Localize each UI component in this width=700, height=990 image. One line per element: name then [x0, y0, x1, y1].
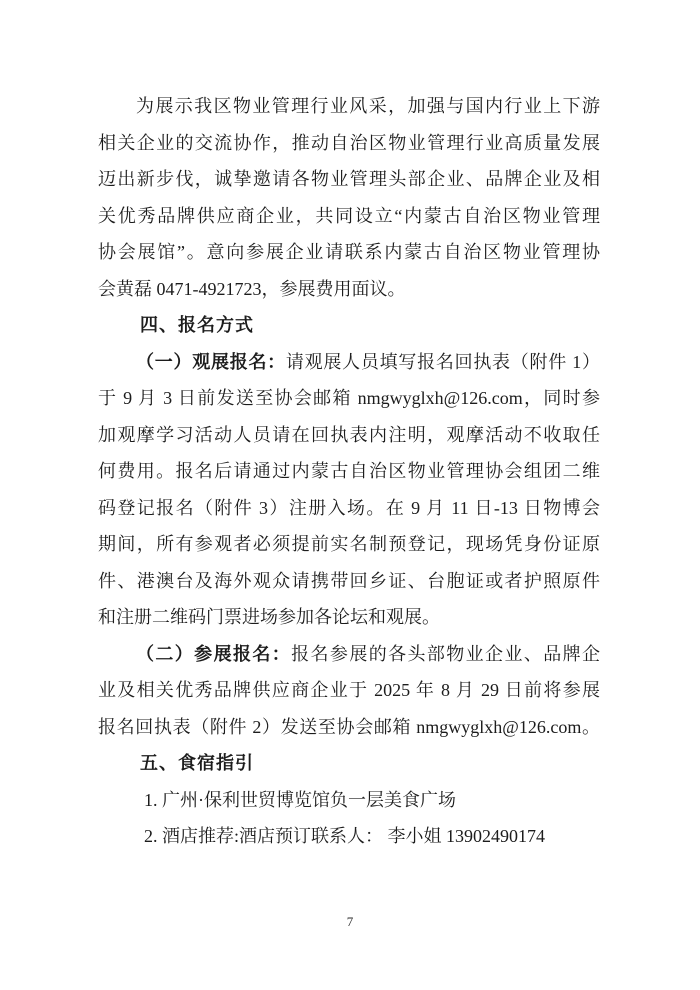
intro-paragraph-line-6: 会黄磊 0471-4921723，参展费用面议。 [98, 271, 600, 308]
visitor-registration-line-3: 加观摩学习活动人员请在回执表内注明，观摩活动不收取任 [98, 417, 600, 454]
visitor-registration-line-7: 件、港澳台及海外观众请携带回乡证、台胞证或者护照原件 [98, 563, 600, 600]
exhibitor-registration-label: （二）参展报名： [136, 644, 291, 664]
accommodation-item-hotel-contact: 2. 酒店推荐:酒店预订联系人： 李小姐 13902490174 [98, 818, 600, 855]
exhibitor-registration-text: 报名参展的各头部物业企业、品牌企 [291, 644, 600, 664]
exhibitor-registration-line-2: 业及相关优秀品牌供应商企业于 2025 年 8 月 29 日前将参展 [98, 672, 600, 709]
exhibitor-registration-line-3: 报名回执表（附件 2）发送至协会邮箱 nmgwyglxh@126.com。 [98, 709, 600, 746]
intro-paragraph-line-5: 协会展馆”。意向参展企业请联系内蒙古自治区物业管理协 [98, 234, 600, 271]
visitor-registration-line-4: 何费用。报名后请通过内蒙古自治区物业管理协会组团二维 [98, 453, 600, 490]
section-heading-accommodation: 五、食宿指引 [98, 745, 600, 782]
exhibitor-registration-line-1: （二）参展报名：报名参展的各头部物业企业、品牌企 [98, 636, 600, 673]
intro-paragraph-line-2: 相关企业的交流协作，推动自治区物业管理行业高质量发展 [98, 125, 600, 162]
visitor-registration-line-2: 于 9 月 3 日前发送至协会邮箱 nmgwyglxh@126.com，同时参 [98, 380, 600, 417]
visitor-registration-text: 请观展人员填写报名回执表（附件 1） [286, 352, 600, 372]
visitor-registration-line-6: 期间，所有参观者必须提前实名制预登记，现场凭身份证原 [98, 526, 600, 563]
document-page: 为展示我区物业管理行业风采，加强与国内行业上下游 相关企业的交流协作，推动自治区… [0, 0, 700, 990]
visitor-registration-line-1: （一）观展报名：请观展人员填写报名回执表（附件 1） [98, 344, 600, 381]
section-heading-registration: 四、报名方式 [98, 307, 600, 344]
intro-paragraph-line-4: 关优秀品牌供应商企业，共同设立“内蒙古自治区物业管理 [98, 198, 600, 235]
document-body: 为展示我区物业管理行业风采，加强与国内行业上下游 相关企业的交流协作，推动自治区… [98, 88, 600, 855]
page-number: 7 [0, 912, 700, 932]
visitor-registration-label: （一）观展报名： [136, 352, 286, 372]
accommodation-item-food-court: 1. 广州·保利世贸博览馆负一层美食广场 [98, 782, 600, 819]
intro-paragraph-line-1: 为展示我区物业管理行业风采，加强与国内行业上下游 [98, 88, 600, 125]
visitor-registration-line-5: 码登记报名（附件 3）注册入场。在 9 月 11 日-13 日物博会 [98, 490, 600, 527]
visitor-registration-line-8: 和注册二维码门票进场参加各论坛和观展。 [98, 599, 600, 636]
intro-paragraph-line-3: 迈出新步伐，诚挚邀请各物业管理头部企业、品牌企业及相 [98, 161, 600, 198]
